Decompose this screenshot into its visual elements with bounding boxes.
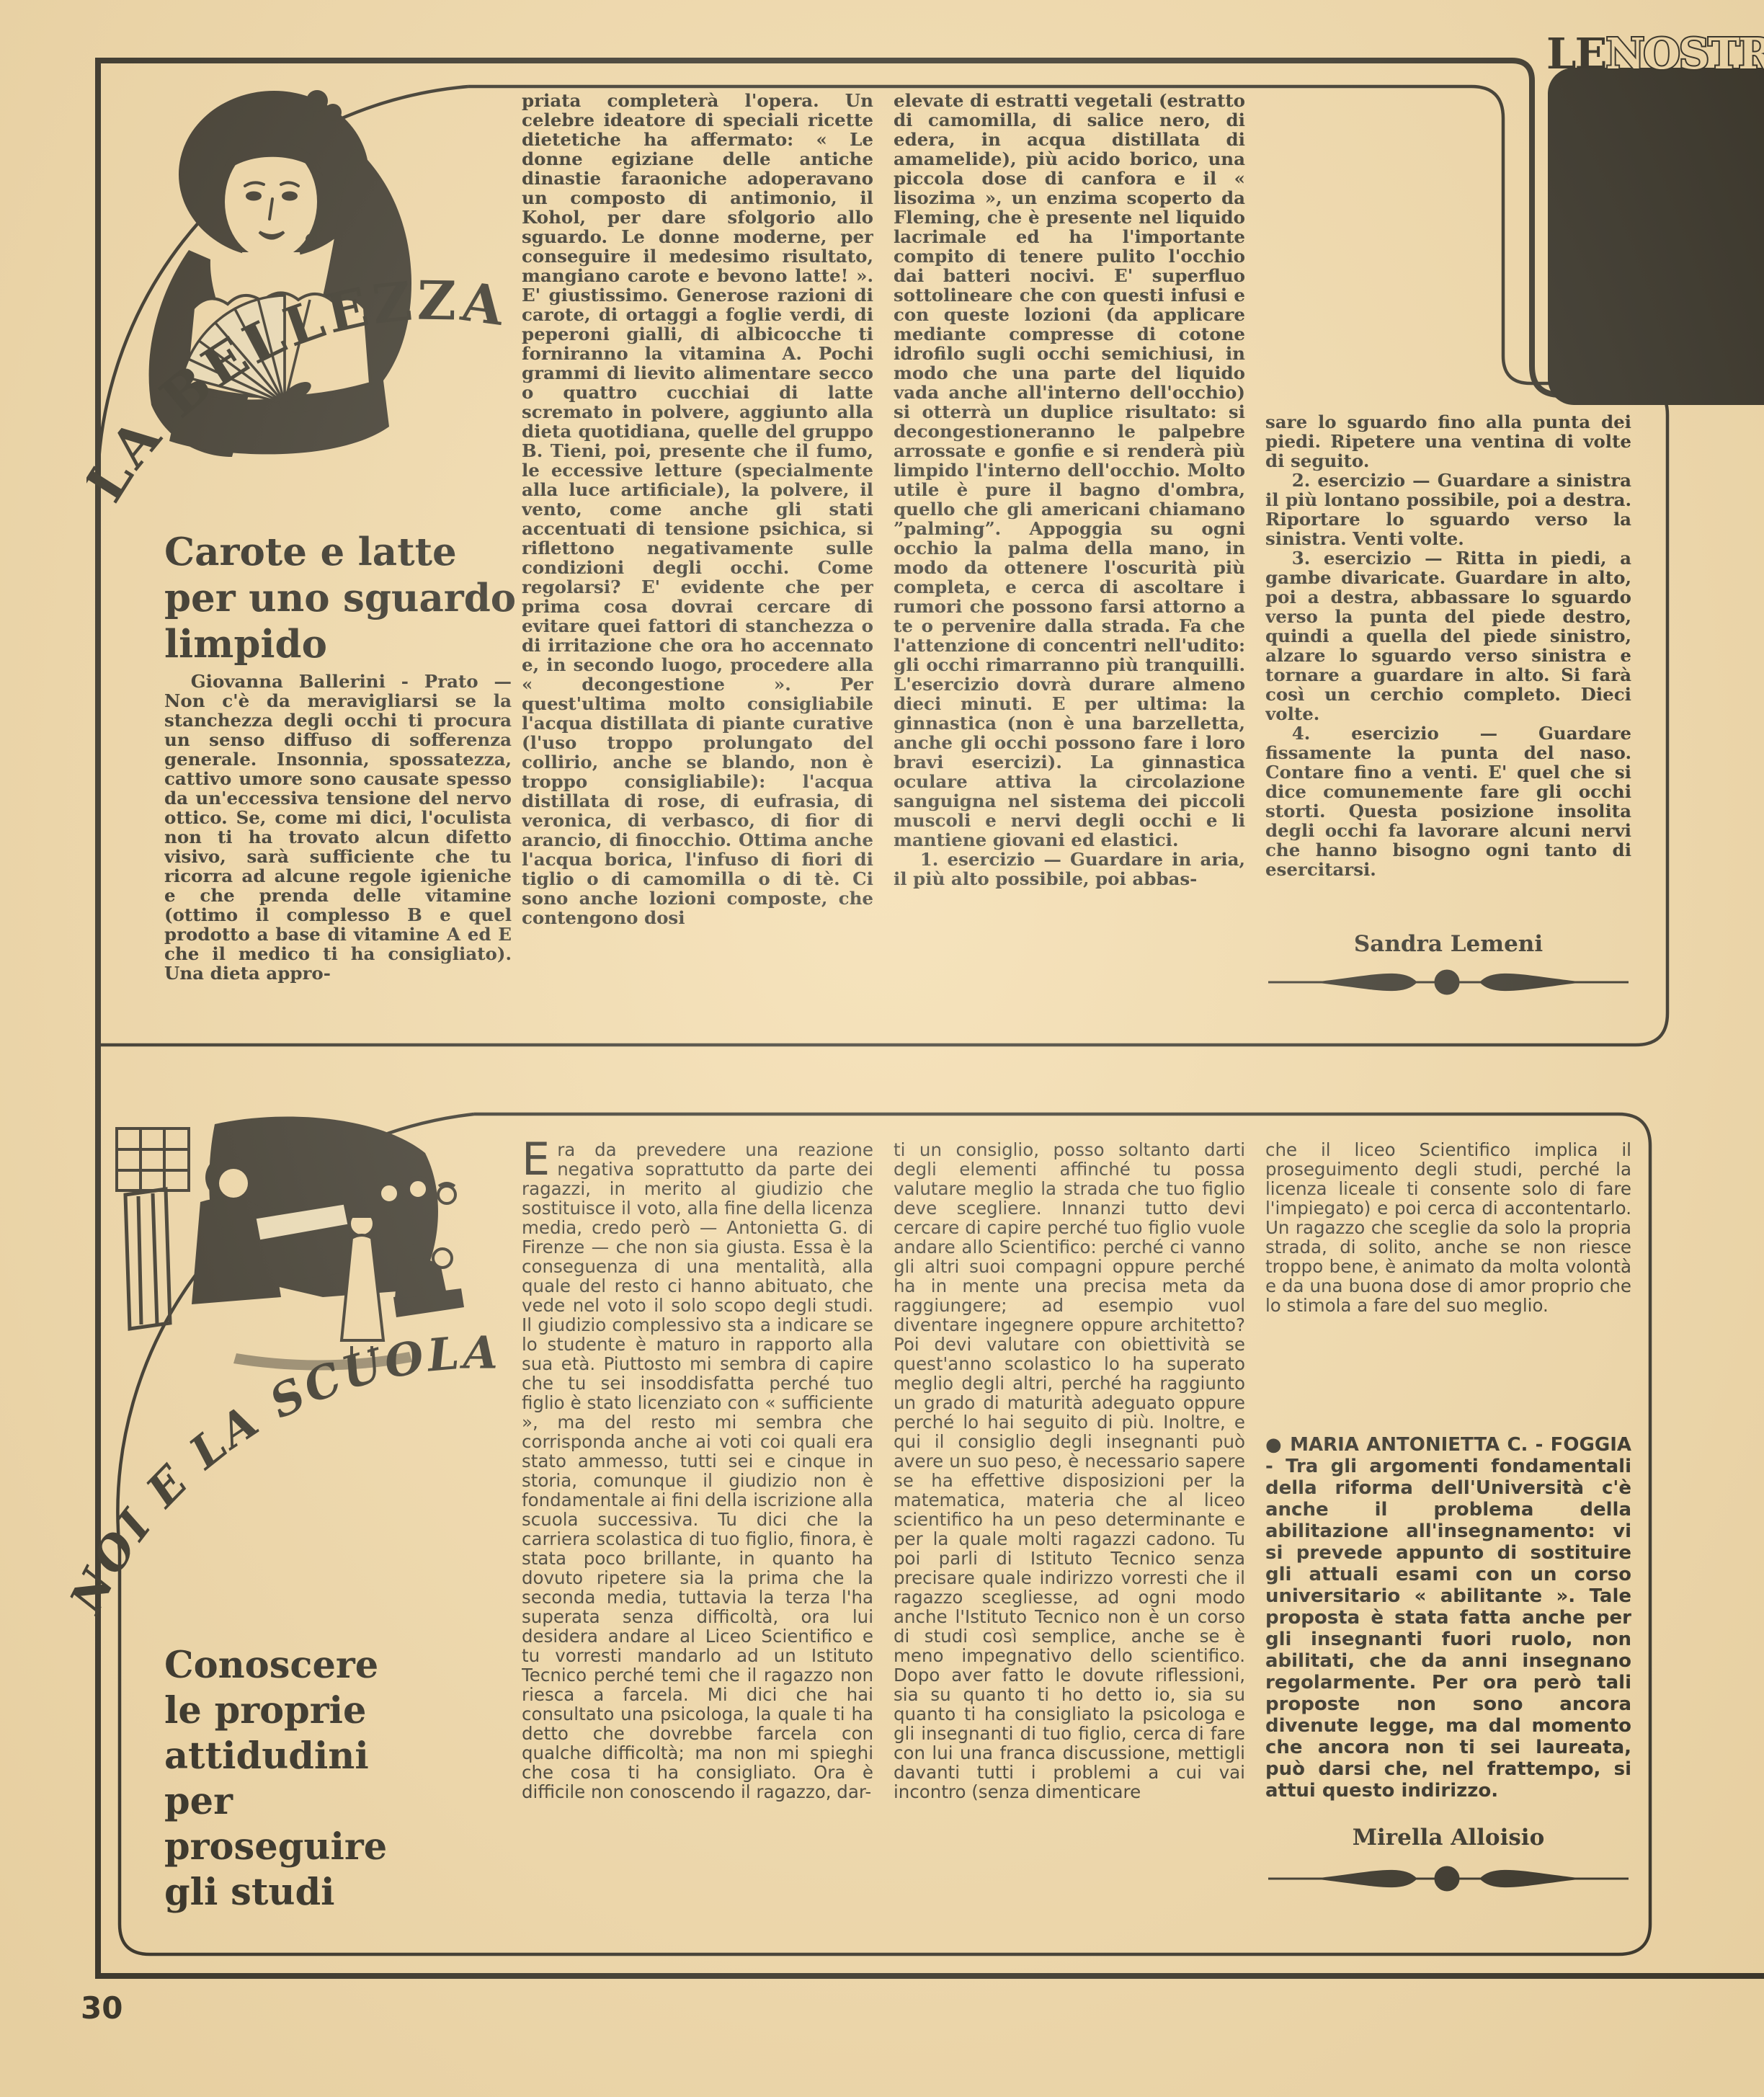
section-divider-ornament	[1265, 960, 1631, 1005]
rubric-la-bellezza: LA BELLEZZA	[86, 270, 511, 513]
body-paragraph: che il liceo Scientifico implica il pros…	[1265, 1140, 1631, 1315]
body-paragraph: 1. esercizio — Guardare in aria, il più …	[894, 850, 1245, 889]
beauty-column-4: sare lo sguardo fino alla punta dei pied…	[1265, 412, 1631, 917]
body-paragraph: 2. esercizio — Guardare a sinistra il pi…	[1265, 471, 1631, 548]
drop-cap: E	[522, 1140, 557, 1177]
body-paragraph: Giovanna Ballerini - Prato — Non c'è da …	[164, 672, 512, 983]
body-paragraph: 4. esercizio — Guardare fissamente la pu…	[1265, 724, 1631, 879]
masthead-nostre: NOSTRE	[1605, 29, 1764, 79]
magazine-page: LENOSTRE	[0, 0, 1764, 2097]
masthead-title: LENOSTRE	[1546, 29, 1764, 76]
school-rubric-arc: NOI E LA SCUOLA	[68, 1250, 558, 1661]
school-signature: Mirella Alloisio	[1265, 1825, 1631, 1851]
beauty-column-2: priata completerà l'opera. Un celebre id…	[522, 91, 873, 1028]
body-paragraph: priata completerà l'opera. Un celebre id…	[522, 91, 873, 927]
masthead-black-panel	[1548, 68, 1764, 405]
school-column-1: Era da prevedere una reazione negativa s…	[522, 1140, 873, 1918]
page-number: 30	[81, 1990, 122, 2026]
school-column-3: che il liceo Scientifico implica il pros…	[1265, 1140, 1631, 1407]
body-paragraph: ti un consiglio, posso soltanto darti de…	[894, 1140, 1245, 1802]
body-paragraph: 3. esercizio — Ritta in piedi, a gambe d…	[1265, 548, 1631, 724]
section-divider-ornament	[1265, 1856, 1631, 1901]
masthead-le: LE	[1546, 29, 1605, 79]
body-text: ra da prevedere una reazione negativa so…	[522, 1140, 873, 1802]
school-headline: Conoscere le proprie attidudini per pros…	[164, 1643, 387, 1915]
rubric-noi-e-la-scuola: NOI E LA SCUOLA	[68, 1327, 501, 1623]
beauty-headline: Carote e latte per uno sguardo limpido	[164, 529, 516, 667]
beauty-signature: Sandra Lemeni	[1265, 931, 1631, 957]
beauty-rubric-arc: LA BELLEZZA	[86, 216, 533, 555]
svg-text:NOI E LA SCUOLA: NOI E LA SCUOLA	[68, 1327, 501, 1623]
body-paragraph: ● MARIA ANTONIETTA C. - FOGGIA - Tra gli…	[1265, 1434, 1631, 1802]
body-paragraph: elevate di estratti vegetali (estratto d…	[894, 91, 1245, 850]
body-paragraph: Era da prevedere una reazione negativa s…	[522, 1140, 873, 1802]
beauty-column-3: elevate di estratti vegetali (estratto d…	[894, 91, 1245, 1028]
school-column-3-reader-letter: ● MARIA ANTONIETTA C. - FOGGIA - Tra gli…	[1265, 1434, 1631, 1809]
svg-text:LA BELLEZZA: LA BELLEZZA	[86, 270, 511, 513]
beauty-column-1: Giovanna Ballerini - Prato — Non c'è da …	[164, 672, 512, 1026]
body-paragraph: sare lo sguardo fino alla punta dei pied…	[1265, 412, 1631, 471]
school-column-2: ti un consiglio, posso soltanto darti de…	[894, 1140, 1245, 1918]
